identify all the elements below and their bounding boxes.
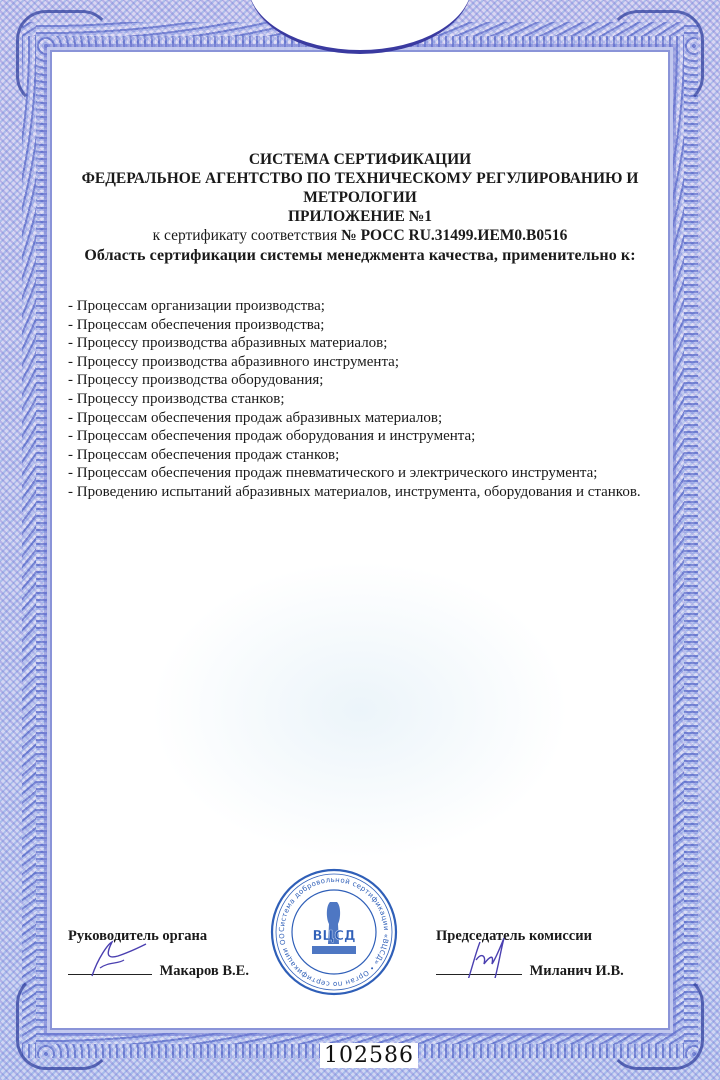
signature-line <box>68 974 152 975</box>
list-item: - Проведению испытаний абразивных матери… <box>68 483 656 502</box>
list-item: - Процессу производства оборудования; <box>68 371 656 390</box>
document-header: СИСТЕМА СЕРТИФИКАЦИИ ФЕДЕРАЛЬНОЕ АГЕНТСТ… <box>60 150 660 265</box>
appendix-title: ПРИЛОЖЕНИЕ №1 <box>60 207 660 226</box>
signature-block-head: Руководитель органа Макаров В.Е. <box>68 928 249 980</box>
system-title: СИСТЕМА СЕРТИФИКАЦИИ <box>60 150 660 169</box>
scope-heading: Область сертификации системы менеджмента… <box>60 246 660 265</box>
list-item: - Процессам обеспечения продаж пневматич… <box>68 464 656 483</box>
signature-icon <box>78 938 148 978</box>
list-item: - Процессам обеспечения продаж станков; <box>68 446 656 465</box>
list-item: - Процессу производства абразивных матер… <box>68 334 656 353</box>
list-item: - Процессам организации производства; <box>68 297 656 316</box>
serial-number: 102586 <box>320 1043 418 1068</box>
seal-center-text: ВЦСД <box>312 929 355 944</box>
agency-title: ФЕДЕРАЛЬНОЕ АГЕНТСТВО ПО ТЕХНИЧЕСКОМУ РЕ… <box>60 169 660 188</box>
certification-seal: Система добровольной сертификации «ВЦСД»… <box>268 866 400 998</box>
certificate-number: № РОСС RU.31499.ИЕМ0.В0516 <box>341 227 567 244</box>
signature-icon <box>446 938 516 978</box>
list-item: - Процессам обеспечения продаж оборудова… <box>68 427 656 446</box>
scope-list: - Процессам организации производства; - … <box>68 297 656 502</box>
list-item: - Процессам обеспечения продаж абразивны… <box>68 409 656 428</box>
agency-title-cont: МЕТРОЛОГИИ <box>60 188 660 207</box>
certificate-prefix: к сертификату соответствия <box>153 227 338 244</box>
list-item: - Процессу производства абразивного инст… <box>68 353 656 372</box>
list-item: - Процессу производства станков; <box>68 390 656 409</box>
signature-line <box>436 974 522 975</box>
certificate-reference: к сертификату соответствия № РОСС RU.314… <box>60 226 660 245</box>
head-name: Макаров В.Е. <box>160 963 249 979</box>
signature-block-chairman: Председатель комиссии Миланич И.В. <box>436 928 624 980</box>
chairman-name: Миланич И.В. <box>530 963 624 979</box>
list-item: - Процессам обеспечения производства; <box>68 316 656 335</box>
background-watermark <box>150 560 570 860</box>
